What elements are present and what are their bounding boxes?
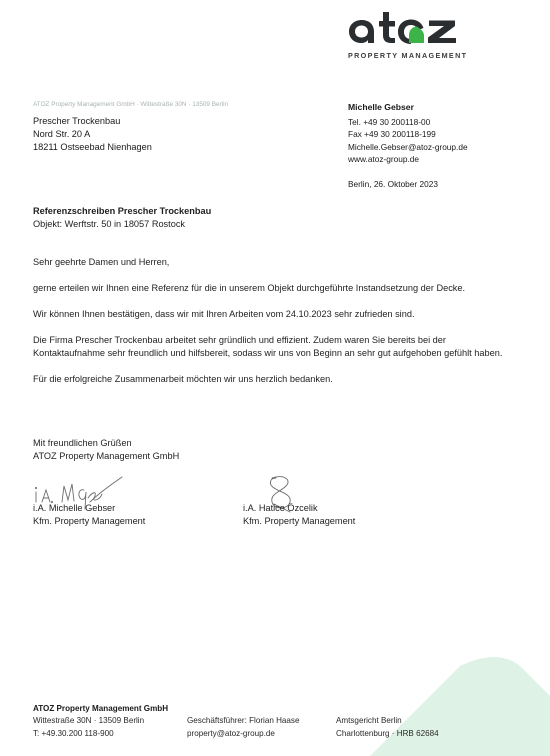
footer-register-column: Amtsgericht Berlin Charlottenburg · HRB … — [336, 715, 439, 740]
body-paragraph: Für die erfolgreiche Zusammenarbeit möch… — [33, 373, 503, 386]
body-paragraph: gerne erteilen wir Ihnen eine Referenz f… — [33, 282, 503, 295]
closing-company: ATOZ Property Management GmbH — [33, 450, 179, 463]
body-paragraph: Die Firma Prescher Trockenbau arbeitet s… — [33, 334, 503, 361]
contact-phone: Tel. +49 30 200118-00 — [348, 116, 468, 129]
subject-object: Objekt: Werftstr. 50 in 18057 Rostock — [33, 218, 211, 231]
subject-block: Referenzschreiben Prescher Trockenbau Ob… — [33, 205, 211, 231]
letter-body: Sehr geehrte Damen und Herren, gerne ert… — [33, 256, 503, 399]
footer-managing-director: Geschäftsführer: Florian Haase — [187, 715, 336, 727]
footer-court: Amtsgericht Berlin — [336, 715, 439, 727]
signatory-role: Kfm. Property Management — [33, 515, 145, 528]
contact-email[interactable]: Michelle.Gebser@atoz-group.de — [348, 141, 468, 154]
footer-address: Wittestraße 30N · 13509 Berlin — [33, 715, 187, 727]
recipient-street: Nord Str. 20 A — [33, 128, 152, 141]
footer-phone: T: +49.30.200 118-900 — [33, 728, 187, 740]
closing-block: Mit freundlichen Grüßen ATOZ Property Ma… — [33, 437, 179, 463]
signatory-name: i.A. Michelle Gebser — [33, 502, 145, 515]
contact-website[interactable]: www.atoz-group.de — [348, 153, 468, 166]
contact-block: Michelle Gebser Tel. +49 30 200118-00 Fa… — [348, 101, 468, 191]
company-logo: PROPERTY MANAGEMENT — [346, 8, 466, 44]
signatory-2: i.A. Hatice Özcelik Kfm. Property Manage… — [243, 502, 355, 528]
atoz-logo-icon — [346, 8, 462, 44]
recipient-name: Prescher Trockenbau — [33, 115, 152, 128]
footer-management-column: Geschäftsführer: Florian Haase property@… — [187, 715, 336, 740]
footer-registration: Charlottenburg · HRB 62684 — [336, 728, 439, 740]
footer-email[interactable]: property@atoz-group.de — [187, 728, 336, 740]
contact-fax: Fax +49 30 200118-199 — [348, 128, 468, 141]
letter-page: PROPERTY MANAGEMENT ATOZ Property Manage… — [0, 0, 550, 756]
sender-return-address: ATOZ Property Management GmbH · Wittestr… — [33, 101, 228, 108]
footer-address-column: Wittestraße 30N · 13509 Berlin T: +49.30… — [33, 715, 187, 740]
letter-date: Berlin, 26. Oktober 2023 — [348, 178, 468, 191]
subject-title: Referenzschreiben Prescher Trockenbau — [33, 205, 211, 218]
body-paragraph: Wir können Ihnen bestätigen, dass wir mi… — [33, 308, 503, 321]
letter-footer: ATOZ Property Management GmbH Wittestraß… — [33, 703, 533, 740]
contact-name: Michelle Gebser — [348, 101, 468, 114]
closing-greeting: Mit freundlichen Grüßen — [33, 437, 179, 450]
recipient-address: Prescher Trockenbau Nord Str. 20 A 18211… — [33, 115, 152, 155]
salutation: Sehr geehrte Damen und Herren, — [33, 256, 503, 269]
signatory-1: i.A. Michelle Gebser Kfm. Property Manag… — [33, 502, 145, 528]
signatory-role: Kfm. Property Management — [243, 515, 355, 528]
recipient-city: 18211 Ostseebad Nienhagen — [33, 141, 152, 154]
logo-tagline: PROPERTY MANAGEMENT — [348, 51, 467, 60]
footer-company: ATOZ Property Management GmbH — [33, 703, 533, 715]
signatory-name: i.A. Hatice Özcelik — [243, 502, 355, 515]
